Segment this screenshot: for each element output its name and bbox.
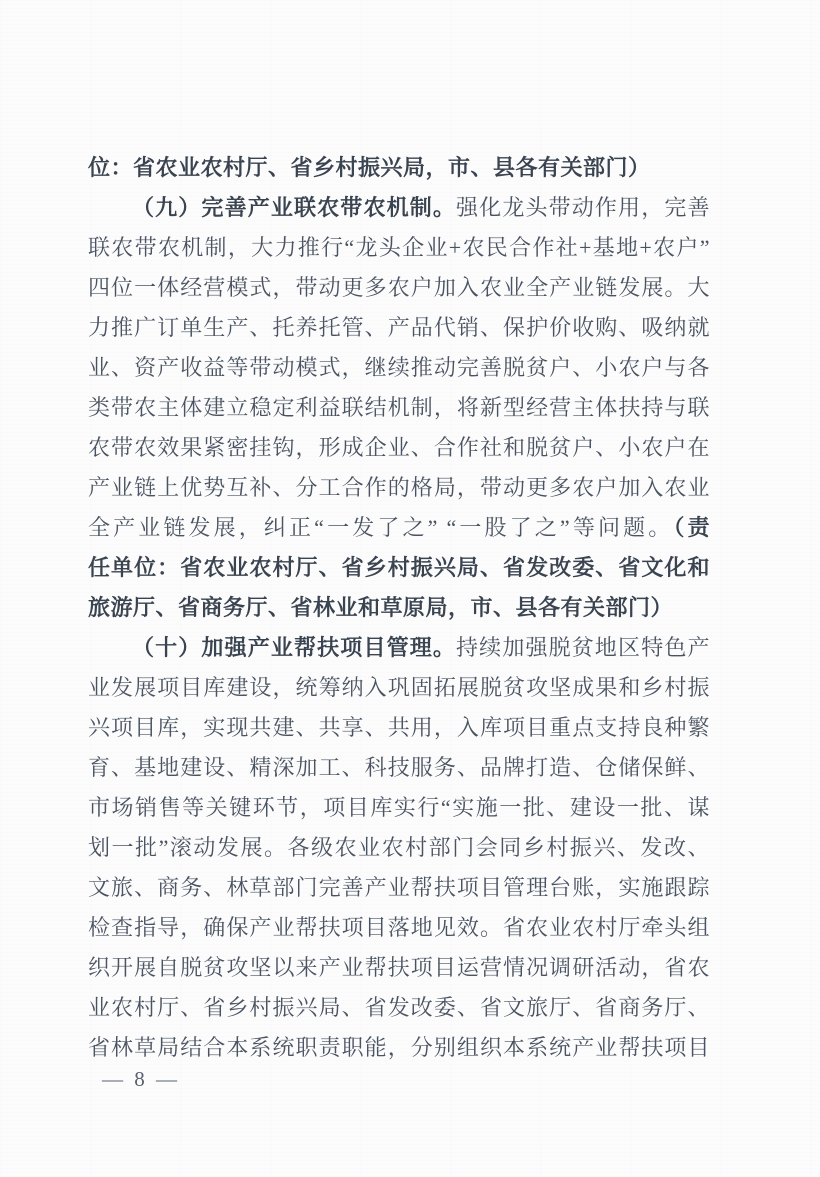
text-segment: 产业链上优势互补、分工合作的格局，带动更多农户加入农业 — [88, 475, 710, 500]
text-segment: 力推广订单生产、托养托管、产品代销、保护价收购、吸纳就 — [88, 315, 710, 340]
text-segment: 农带农效果紧密挂钩，形成企业、合作社和脱贫户、小农户在 — [88, 435, 710, 460]
text-line: 产业链上优势互补、分工合作的格局，带动更多农户加入农业 — [88, 468, 710, 508]
text-line: 任单位：省农业农村厅、省乡村振兴局、省发改委、省文化和 — [88, 548, 710, 588]
text-segment: 业发展项目库建设，统筹纳入巩固拓展脱贫攻坚成果和乡村振 — [88, 675, 710, 700]
text-segment: 织开展自脱贫攻坚以来产业帮扶项目运营情况调研活动，省农 — [88, 955, 710, 980]
text-line: 类带农主体建立稳定利益联结机制，将新型经营主体扶持与联 — [88, 388, 710, 428]
text-segment: 持续加强脱贫地区特色产 — [456, 635, 710, 660]
text-line: 检查指导，确保产业帮扶项目落地见效。省农业农村厅牵头组 — [88, 908, 710, 948]
bold-text-segment: （九）完善产业联农带农机制。 — [132, 195, 456, 220]
text-segment: 业农村厅、省乡村振兴局、省发改委、省文旅厅、省商务厅、 — [88, 995, 710, 1020]
text-line: 业、资产收益等带动模式，继续推动完善脱贫户、小农户与各 — [88, 348, 710, 388]
text-segment: 全产业链发展，纠正“一发了之” “一股了之”等问题。 — [88, 515, 673, 540]
text-line: 兴项目库，实现共建、共享、共用，入库项目重点支持良种繁 — [88, 708, 710, 748]
text-line: 业农村厅、省乡村振兴局、省发改委、省文旅厅、省商务厅、 — [88, 988, 710, 1028]
bold-text-segment: 旅游厅、省商务厅、省林业和草原局，市、县各有关部门） — [88, 595, 673, 620]
text-segment: 文旅、商务、林草部门完善产业帮扶项目管理台账，实施跟踪 — [88, 875, 710, 900]
text-line: 省林草局结合本系统职责职能，分别组织本系统产业帮扶项目 — [88, 1028, 710, 1068]
text-segment: 四位一体经营模式，带动更多农户加入农业全产业链发展。大 — [88, 275, 710, 300]
text-line: 位：省农业农村厅、省乡村振兴局，市、县各有关部门） — [88, 148, 710, 188]
text-segment: 类带农主体建立稳定利益联结机制，将新型经营主体扶持与联 — [88, 395, 710, 420]
document-body: 位：省农业农村厅、省乡村振兴局，市、县各有关部门）（九）完善产业联农带农机制。强… — [88, 148, 710, 1068]
text-segment: 兴项目库，实现共建、共享、共用，入库项目重点支持良种繁 — [88, 715, 710, 740]
text-line: 力推广订单生产、托养托管、产品代销、保护价收购、吸纳就 — [88, 308, 710, 348]
text-segment: 联农带农机制，大力推行“龙头企业+农民合作社+基地+农户” — [88, 235, 710, 260]
text-segment: 划一批”滚动发展。各级农业农村部门会同乡村振兴、发改、 — [88, 835, 710, 860]
text-line: 划一批”滚动发展。各级农业农村部门会同乡村振兴、发改、 — [88, 828, 710, 868]
text-segment: 强化龙头带动作用，完善 — [456, 195, 710, 220]
text-line: 市场销售等关键环节，项目库实行“实施一批、建设一批、谋 — [88, 788, 710, 828]
page-number: — 8 — — [102, 1064, 180, 1094]
text-line: 文旅、商务、林草部门完善产业帮扶项目管理台账，实施跟踪 — [88, 868, 710, 908]
bold-text-segment: （责 — [673, 515, 710, 540]
document-page: 位：省农业农村厅、省乡村振兴局，市、县各有关部门）（九）完善产业联农带农机制。强… — [0, 0, 820, 1177]
text-segment: 检查指导，确保产业帮扶项目落地见效。省农业农村厅牵头组 — [88, 915, 710, 940]
text-line: 全产业链发展，纠正“一发了之” “一股了之”等问题。（责 — [88, 508, 710, 548]
text-line: （十）加强产业帮扶项目管理。持续加强脱贫地区特色产 — [88, 628, 710, 668]
text-line: 旅游厅、省商务厅、省林业和草原局，市、县各有关部门） — [88, 588, 710, 628]
bold-text-segment: （十）加强产业帮扶项目管理。 — [132, 635, 456, 660]
text-segment: 育、基地建设、精深加工、科技服务、品牌打造、仓储保鲜、 — [88, 755, 710, 780]
text-line: 联农带农机制，大力推行“龙头企业+农民合作社+基地+农户” — [88, 228, 710, 268]
text-line: 织开展自脱贫攻坚以来产业帮扶项目运营情况调研活动，省农 — [88, 948, 710, 988]
bold-text-segment: 任单位：省农业农村厅、省乡村振兴局、省发改委、省文化和 — [88, 555, 710, 580]
text-segment: 业、资产收益等带动模式，继续推动完善脱贫户、小农户与各 — [88, 355, 710, 380]
bold-text-segment: 位：省农业农村厅、省乡村振兴局，市、县各有关部门） — [88, 155, 651, 180]
text-line: 四位一体经营模式，带动更多农户加入农业全产业链发展。大 — [88, 268, 710, 308]
text-line: （九）完善产业联农带农机制。强化龙头带动作用，完善 — [88, 188, 710, 228]
text-segment: 省林草局结合本系统职责职能，分别组织本系统产业帮扶项目 — [88, 1035, 710, 1060]
text-line: 业发展项目库建设，统筹纳入巩固拓展脱贫攻坚成果和乡村振 — [88, 668, 710, 708]
text-segment: 市场销售等关键环节，项目库实行“实施一批、建设一批、谋 — [88, 795, 710, 820]
text-line: 育、基地建设、精深加工、科技服务、品牌打造、仓储保鲜、 — [88, 748, 710, 788]
text-line: 农带农效果紧密挂钩，形成企业、合作社和脱贫户、小农户在 — [88, 428, 710, 468]
